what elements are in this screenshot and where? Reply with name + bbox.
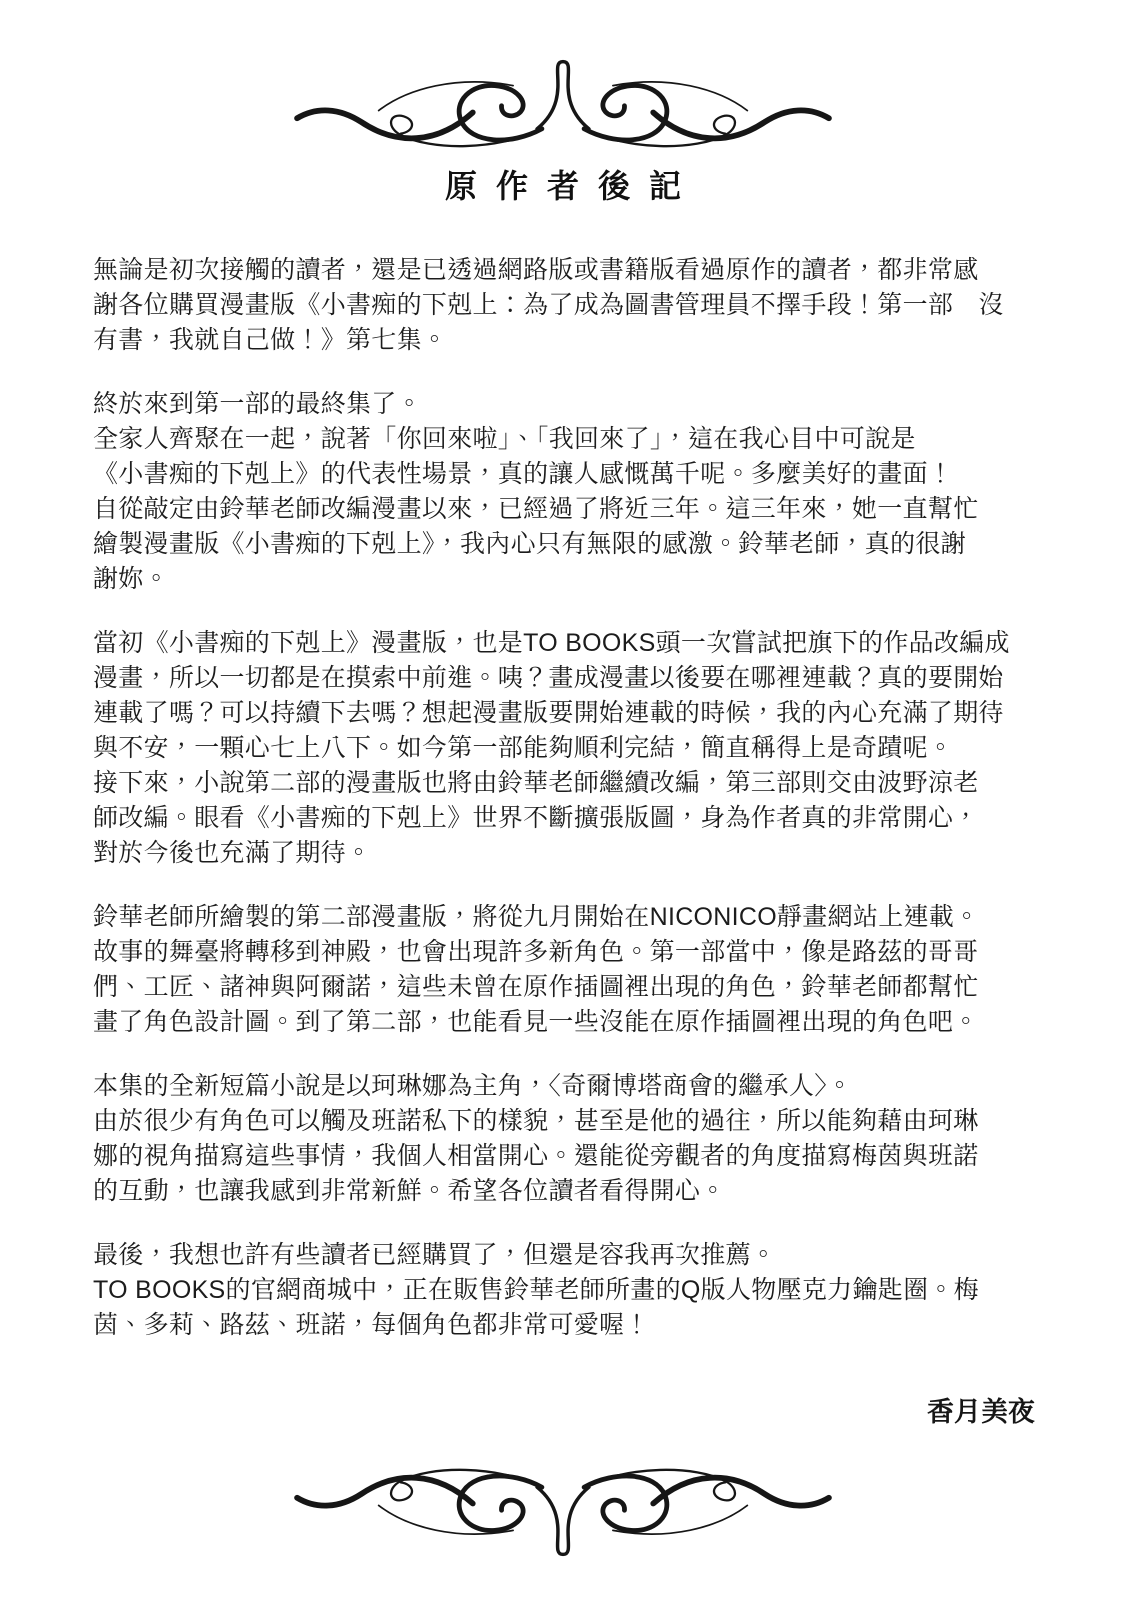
paragraph-1: 無論是初次接觸的讀者，還是已透過網路版或書籍版看過原作的讀者，都非常感 謝各位購… (93, 253, 1035, 358)
flourish-divider-bottom-icon (274, 1468, 852, 1564)
afterword-page: 原作者後記 無論是初次接觸的讀者，還是已透過網路版或書籍版看過原作的讀者，都非常… (0, 0, 1126, 1600)
paragraph-4: 鈴華老師所繪製的第二部漫畫版，將從九月開始在NICONICO靜畫網站上連載。 故… (93, 900, 1035, 1040)
paragraph-6: 最後，我想也許有些讀者已經購買了，但還是容我再次推薦。 TO BOOKS的官網商… (93, 1238, 1035, 1343)
paragraph-2: 終於來到第一部的最終集了。 全家人齊聚在一起，說著「你回來啦」、「我回來了」，這… (93, 387, 1035, 597)
page-title: 原作者後記 (0, 164, 1126, 208)
paragraph-3: 當初《小書痴的下剋上》漫畫版，也是TO BOOKS頭一次嘗試把旗下的作品改編成 … (93, 626, 1035, 871)
author-signature: 香月美夜 (93, 1395, 1035, 1430)
paragraph-5: 本集的全新短篇小說是以珂琳娜為主角，〈奇爾博塔商會的繼承人〉。 由於很少有角色可… (93, 1069, 1035, 1209)
flourish-divider-top-icon (274, 52, 852, 148)
afterword-body: 無論是初次接觸的讀者，還是已透過網路版或書籍版看過原作的讀者，都非常感 謝各位購… (93, 253, 1035, 1430)
